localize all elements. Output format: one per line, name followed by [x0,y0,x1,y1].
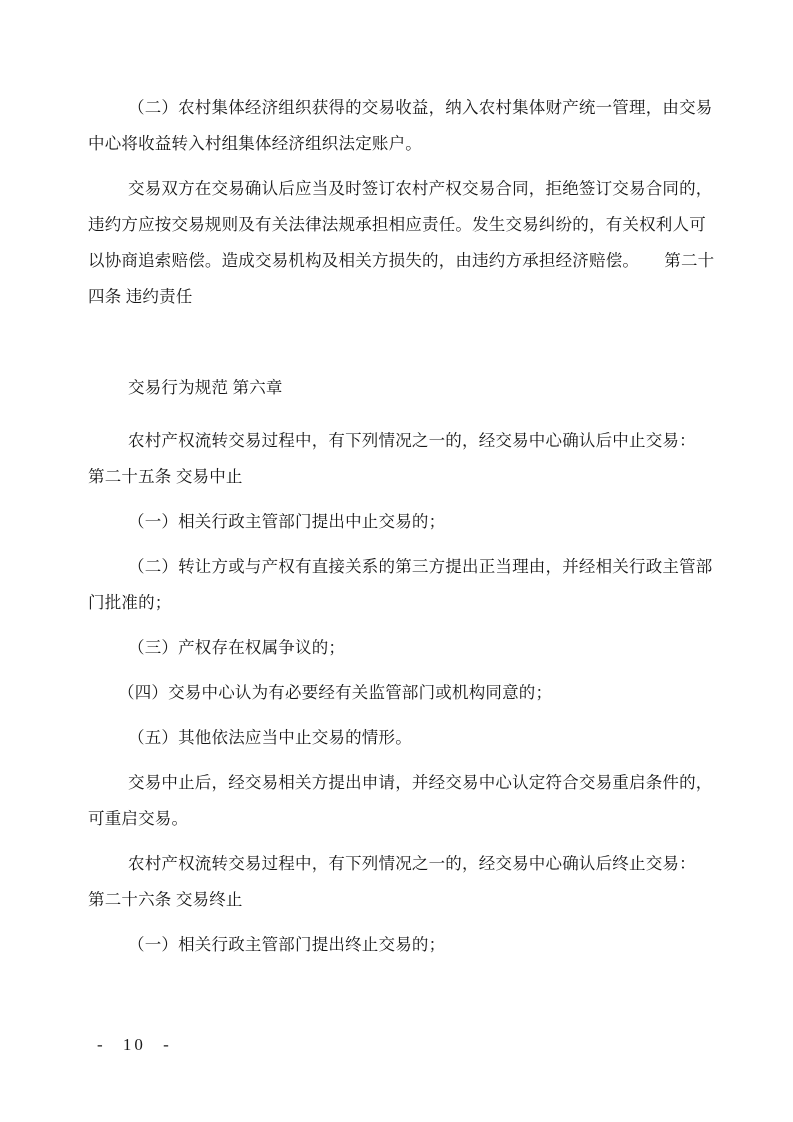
document-body: （二）农村集体经济组织获得的交易收益，纳入农村集体财产统一管理，由交易 中心将收… [88,90,708,972]
document-line: （一）相关行政主管部门提出中止交易的； [88,504,708,540]
document-line: （二）转让方或与产权有直接关系的第三方提出正当理由，并经相关行政主管部 [88,549,708,585]
list-item: （四）交易中心认为有必要经有关监管部门或机构同意的； [88,675,708,711]
list-item: （二）转让方或与产权有直接关系的第三方提出正当理由，并经相关行政主管部 门批准的… [88,549,708,621]
document-line: （三）产权存在权属争议的； [88,630,708,666]
paragraph: （二）农村集体经济组织获得的交易收益，纳入农村集体财产统一管理，由交易 中心将收… [88,90,708,162]
paragraph: 交易中止后，经交易相关方提出申请，并经交易中心认定符合交易重启条件的， 可重启交… [88,765,708,837]
document-line: 第二十六条 交易终止 [88,882,708,918]
document-line: 第二十五条 交易中止 [88,459,708,495]
page-number: - 10 - [97,1032,172,1058]
chapter-heading: 交易行为规范 第六章 [88,370,708,406]
document-line: 以协商追索赔偿。造成交易机构及相关方损失的，由违约方承担经济赔偿。 第二十 [88,243,708,279]
document-line: （二）农村集体经济组织获得的交易收益，纳入农村集体财产统一管理，由交易 [88,90,708,126]
document-line: 违约方应按交易规则及有关法律法规承担相应责任。发生交易纠纷的，有关权利人可 [88,207,708,243]
chapter-heading-line: 交易行为规范 第六章 [88,370,708,406]
document-line: （四）交易中心认为有必要经有关监管部门或机构同意的； [88,675,708,711]
document-line: 交易双方在交易确认后应当及时签订农村产权交易合同，拒绝签订交易合同的， [88,171,708,207]
paragraph: 交易双方在交易确认后应当及时签订农村产权交易合同，拒绝签订交易合同的， 违约方应… [88,171,708,315]
document-line: 可重启交易。 [88,801,708,837]
list-item: （三）产权存在权属争议的； [88,630,708,666]
list-item: （一）相关行政主管部门提出中止交易的； [88,504,708,540]
list-item: （一）相关行政主管部门提出终止交易的； [88,927,708,963]
document-line: （一）相关行政主管部门提出终止交易的； [88,927,708,963]
paragraph: 农村产权流转交易过程中，有下列情况之一的，经交易中心确认后中止交易： 第二十五条… [88,423,708,495]
document-line: 中心将收益转入村组集体经济组织法定账户。 [88,126,708,162]
list-item: （五）其他依法应当中止交易的情形。 [88,720,708,756]
document-line: 交易中止后，经交易相关方提出申请，并经交易中心认定符合交易重启条件的， [88,765,708,801]
document-line: 农村产权流转交易过程中，有下列情况之一的，经交易中心确认后中止交易： [88,423,708,459]
document-line: 四条 违约责任 [88,279,708,315]
document-line: 农村产权流转交易过程中，有下列情况之一的，经交易中心确认后终止交易： [88,846,708,882]
document-page: （二）农村集体经济组织获得的交易收益，纳入农村集体财产统一管理，由交易 中心将收… [0,0,793,1122]
paragraph: 农村产权流转交易过程中，有下列情况之一的，经交易中心确认后终止交易： 第二十六条… [88,846,708,918]
document-line: （五）其他依法应当中止交易的情形。 [88,720,708,756]
document-line: 门批准的； [88,585,708,621]
